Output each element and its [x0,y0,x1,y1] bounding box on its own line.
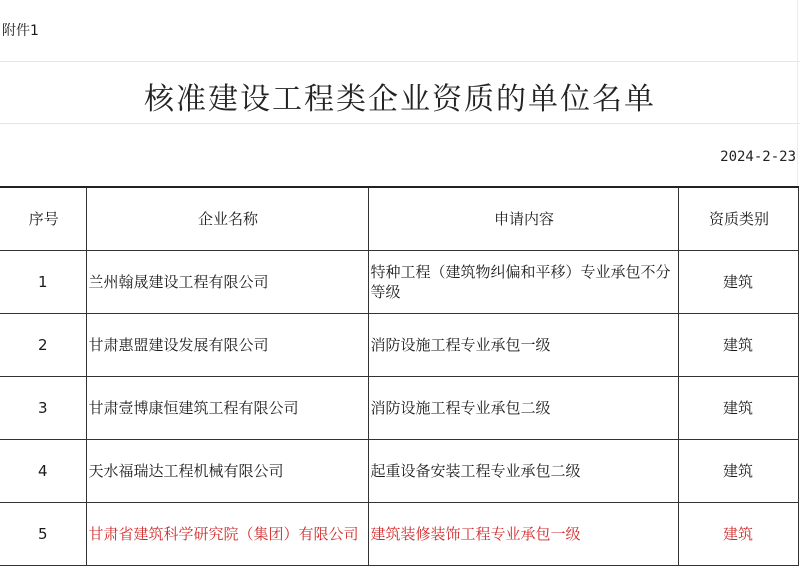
header-content: 申请内容 [368,187,678,251]
table-header-row: 序号 企业名称 申请内容 资质类别 [0,187,798,251]
row-company: 甘肃惠盟建设发展有限公司 [86,314,368,377]
row-content: 消防设施工程专业承包一级 [368,314,678,377]
date-label: 2024-2-23 [720,149,796,165]
table-row: 4 天水福瑞达工程机械有限公司 起重设备安装工程专业承包二级 建筑 [0,440,798,503]
row-content: 消防设施工程专业承包二级 [368,377,678,440]
table-row: 1 兰州翰晟建设工程有限公司 特种工程（建筑物纠偏和平移）专业承包不分等级 建筑 [0,251,798,314]
row-company: 甘肃省建筑科学研究院（集团）有限公司 [86,503,368,566]
header-category: 资质类别 [678,187,798,251]
row-index: 1 [0,251,86,314]
row-index: 3 [0,377,86,440]
divider [0,61,800,62]
header-index: 序号 [0,187,86,251]
row-category: 建筑 [678,503,798,566]
row-company: 天水福瑞达工程机械有限公司 [86,440,368,503]
divider [0,123,800,124]
row-index: 5 [0,503,86,566]
row-content: 特种工程（建筑物纠偏和平移）专业承包不分等级 [368,251,678,314]
document-title: 核准建设工程类企业资质的单位名单 [0,74,800,118]
row-category: 建筑 [678,251,798,314]
row-index: 4 [0,440,86,503]
row-company: 兰州翰晟建设工程有限公司 [86,251,368,314]
table-row: 3 甘肃壹博康恒建筑工程有限公司 消防设施工程专业承包二级 建筑 [0,377,798,440]
row-category: 建筑 [678,440,798,503]
row-category: 建筑 [678,314,798,377]
company-list-table: 序号 企业名称 申请内容 资质类别 1 兰州翰晟建设工程有限公司 特种工程（建筑… [0,186,799,566]
row-index: 2 [0,314,86,377]
table-row-highlighted: 5 甘肃省建筑科学研究院（集团）有限公司 建筑装修装饰工程专业承包一级 建筑 [0,503,798,566]
row-content: 建筑装修装饰工程专业承包一级 [368,503,678,566]
row-category: 建筑 [678,377,798,440]
header-company: 企业名称 [86,187,368,251]
divider [797,0,798,186]
attachment-label: 附件1 [2,20,39,40]
row-company: 甘肃壹博康恒建筑工程有限公司 [86,377,368,440]
row-content: 起重设备安装工程专业承包二级 [368,440,678,503]
table-row: 2 甘肃惠盟建设发展有限公司 消防设施工程专业承包一级 建筑 [0,314,798,377]
